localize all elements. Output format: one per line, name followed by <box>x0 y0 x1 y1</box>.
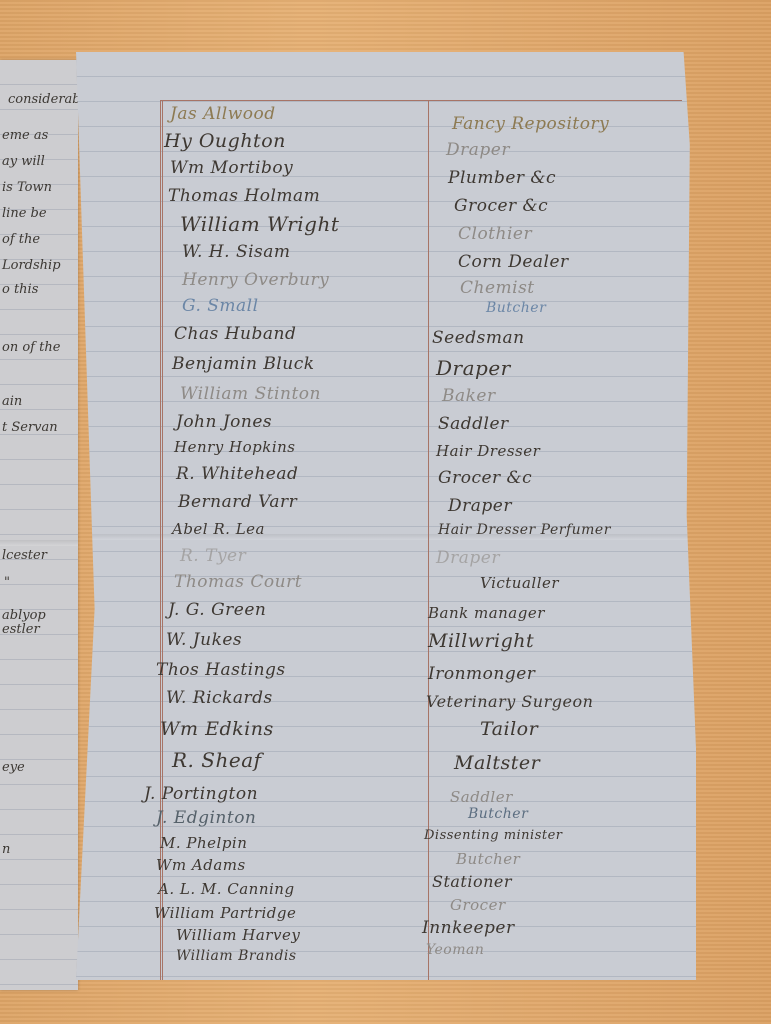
signature-name: Benjamin Bluck <box>172 354 315 374</box>
signature-name: Wm Edkins <box>160 718 274 740</box>
occupation: Grocer &c <box>454 196 548 216</box>
occupation: Innkeeper <box>422 918 515 938</box>
occupation: Draper <box>436 548 500 568</box>
left-fragment: " <box>4 575 10 590</box>
left-fragment: ain <box>2 394 22 409</box>
occupation: Baker <box>442 386 496 406</box>
occupation: Saddler <box>450 788 513 806</box>
occupation: Draper <box>436 356 511 380</box>
signature-name: William Wright <box>180 212 339 236</box>
occupation: Butcher <box>456 850 520 868</box>
signature-name: Henry Overbury <box>182 270 329 290</box>
signature-name: J. G. Green <box>168 600 266 620</box>
occupation: Fancy Repository <box>452 114 609 134</box>
column-divider-rule <box>428 100 429 980</box>
signature-name: John Jones <box>176 412 272 432</box>
occupation: Yeoman <box>426 942 484 958</box>
signature-name: J. Edginton <box>156 808 256 828</box>
signature-name: William Harvey <box>176 926 300 944</box>
signature-name: Bernard Varr <box>178 492 297 512</box>
signature-name: A. L. M. Canning <box>158 880 295 898</box>
occupation: Seedsman <box>432 328 525 348</box>
signature-name: Jas Allwood <box>170 104 276 124</box>
left-fragment: on of the <box>2 340 60 355</box>
left-fragment: ablyop <box>2 608 46 623</box>
signature-name: R. Tyer <box>180 546 246 566</box>
occupation: Stationer <box>432 872 512 891</box>
left-fragment: eye <box>2 760 25 775</box>
left-fragment: Lordship <box>2 258 61 273</box>
left-fragment: t Servan <box>2 420 58 435</box>
signature-name: Thos Hastings <box>156 660 286 680</box>
occupation: Butcher <box>468 806 528 822</box>
signature-name: William Partridge <box>154 904 296 922</box>
signature-page: Jas Allwood Hy Oughton Wm Mortiboy Thoma… <box>76 52 696 980</box>
occupation: Hair Dresser Perfumer <box>438 522 611 538</box>
signature-name: W. Rickards <box>166 688 273 708</box>
signature-name: W. H. Sisam <box>182 242 291 262</box>
left-fragment: ay will <box>2 154 45 169</box>
occupation: Chemist <box>460 278 535 298</box>
occupation: Saddler <box>438 414 509 434</box>
signature-name: William Stinton <box>180 384 321 404</box>
occupation: Dissenting minister <box>424 828 563 843</box>
signature-name: W. Jukes <box>166 630 242 650</box>
left-fragment: of the <box>2 232 40 247</box>
occupation: Bank manager <box>428 604 545 622</box>
signature-name: Chas Huband <box>174 324 296 344</box>
left-fragment: line be <box>2 206 47 221</box>
signature-name: Henry Hopkins <box>174 438 296 456</box>
signature-name: Wm Adams <box>156 856 246 874</box>
left-fragment: n <box>2 842 10 857</box>
left-fragment: eme as <box>2 128 48 143</box>
occupation: Grocer &c <box>438 468 532 488</box>
occupation: Grocer <box>450 896 506 914</box>
left-fragment: o this <box>2 282 38 297</box>
occupation: Victualler <box>480 574 559 592</box>
occupation: Ironmonger <box>428 664 535 684</box>
left-fragment: lcester <box>2 548 47 563</box>
signature-name: Wm Mortiboy <box>170 158 293 178</box>
occupation: Maltster <box>454 752 540 774</box>
signature-name: G. Small <box>182 296 259 316</box>
signature-name: R. Whitehead <box>176 464 298 484</box>
horizontal-fold <box>0 540 78 546</box>
signature-name: Thomas Holmam <box>168 186 320 206</box>
occupation: Plumber &c <box>448 168 556 188</box>
signature-name: Abel R. Lea <box>172 520 265 538</box>
occupation: Butcher <box>486 300 546 316</box>
signature-name: Thomas Court <box>174 572 302 592</box>
occupation: Millwright <box>428 630 534 652</box>
signature-name: Hy Oughton <box>164 130 286 152</box>
occupation: Clothier <box>458 224 532 244</box>
occupation: Corn Dealer <box>458 252 569 272</box>
left-page-fragment: considerable eme as ay will is Town line… <box>0 60 78 990</box>
signature-name: M. Phelpin <box>160 834 247 852</box>
signature-name: R. Sheaf <box>172 748 262 772</box>
top-ruling <box>160 100 682 101</box>
occupation: Draper <box>446 140 510 160</box>
occupation: Draper <box>448 496 512 516</box>
left-fragment: estler <box>2 622 40 637</box>
occupation: Tailor <box>480 718 538 740</box>
occupation: Hair Dresser <box>436 442 540 460</box>
signature-name: William Brandis <box>176 948 297 964</box>
signature-name: J. Portington <box>144 784 258 804</box>
occupation: Veterinary Surgeon <box>426 692 593 711</box>
left-fragment: is Town <box>2 180 52 195</box>
